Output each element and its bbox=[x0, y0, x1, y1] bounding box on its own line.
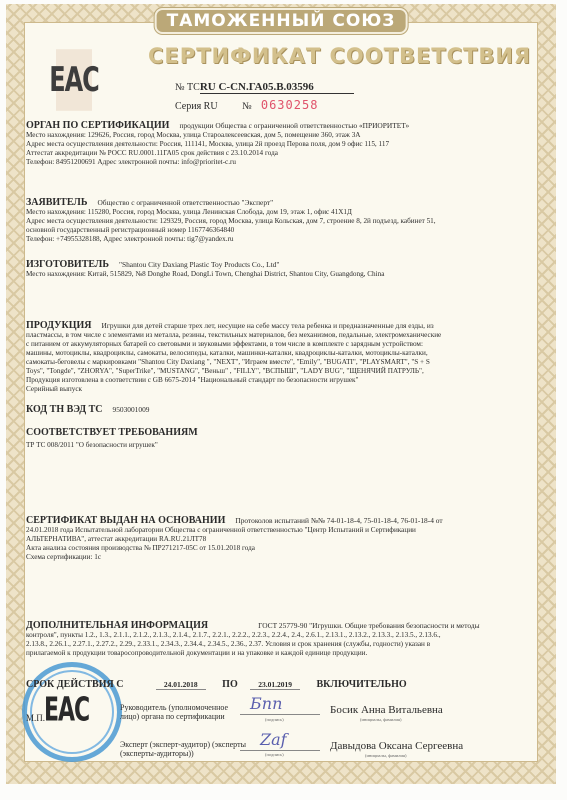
series-no-label: № bbox=[242, 101, 253, 112]
section-basis: СЕРТИФИКАТ ВЫДАН НА ОСНОВАНИИПротоколов … bbox=[26, 516, 526, 562]
section-hs-code: КОД ТН ВЭД ТС9503001009 bbox=[26, 405, 526, 415]
head-name-caption: (инициалы, фамилия) bbox=[360, 717, 402, 722]
section-manufacturer: ИЗГОТОВИТЕЛЬ"Shantou City Daxiang Plasti… bbox=[26, 260, 526, 279]
section-heading: СООТВЕТСТВУЕТ ТРЕБОВАНИЯМ bbox=[26, 428, 516, 437]
text-line: 24.01.2018 года Испытательной лаборатори… bbox=[26, 526, 526, 535]
additional-gost: ГОСТ 25779-90 "Игрушки. Общие требования… bbox=[258, 621, 479, 630]
expert-name-caption: (инициалы, фамилия) bbox=[365, 753, 407, 758]
text-line: Серийный выпуск bbox=[26, 385, 526, 394]
expert-signature: Zaf bbox=[260, 730, 287, 749]
expert-role-label: Эксперт (эксперт-аудитор) (эксперты (экс… bbox=[120, 740, 250, 758]
validity-date-from: 24.01.2018 bbox=[156, 680, 206, 690]
head-signature-caption: (подпись) bbox=[265, 717, 284, 722]
section-heading: ПРОДУКЦИЯ bbox=[26, 320, 91, 331]
expert-signature-line bbox=[240, 750, 320, 751]
stamp-eac-logo-icon: EAC bbox=[44, 692, 89, 730]
text-line: Место нахождения: 115280, Россия, город … bbox=[26, 208, 526, 217]
section-additional-info: ДОПОЛНИТЕЛЬНАЯ ИНФОРМАЦИЯГОСТ 25779-90 "… bbox=[26, 621, 526, 658]
section-compliance: СООТВЕТСТВУЕТ ТРЕБОВАНИЯМ ТР ТС 008/2011… bbox=[26, 428, 526, 450]
text-line: Телефон: +74955328188, Адрес электронной… bbox=[26, 235, 526, 244]
head-name: Босик Анна Витальевна bbox=[330, 704, 443, 716]
text-line: Продукция изготовлена в соответствии с G… bbox=[26, 376, 526, 385]
series-number: 0630258 bbox=[261, 98, 319, 112]
certificate-title: СЕРТИФИКАТ СООТВЕТСТВИЯ bbox=[148, 44, 531, 68]
text-line: 2.13.8., 2.26.1., 2.27.1., 2.27.2., 2.29… bbox=[26, 640, 526, 649]
text-line: прилагаемой к продукции товаросопроводит… bbox=[26, 649, 526, 658]
cert-number-prefix: № ТС bbox=[175, 82, 200, 93]
expert-name: Давыдова Оксана Сергеевна bbox=[330, 740, 463, 752]
certificate-series: Серия RU № 0630258 bbox=[175, 98, 318, 112]
section-heading: ИЗГОТОВИТЕЛЬ bbox=[26, 259, 109, 270]
text-line: Адрес места осуществления деятельности: … bbox=[26, 140, 526, 149]
compliance-value: ТР ТС 008/2011 "О безопасности игрушек" bbox=[26, 441, 526, 450]
text-line: с питанием от аккумуляторных батарей со … bbox=[26, 340, 526, 349]
text-line: самокаты-беговелы с маркировками "Shanto… bbox=[26, 358, 526, 367]
text-line: АЛЬТЕРНАТИВА", аттестат аккредитации RA.… bbox=[26, 535, 526, 544]
customs-union-banner: ТАМОЖЕННЫЙ СОЮЗ bbox=[155, 8, 408, 34]
section-certification-body: ОРГАН ПО СЕРТИФИКАЦИИпродукции Общества … bbox=[26, 121, 526, 167]
eac-logo-icon: EAC bbox=[56, 49, 92, 111]
text-line: Toys", "Tongde", "ZHORYA", "SuperTrike",… bbox=[26, 367, 526, 376]
manufacturer-name: "Shantou City Daxiang Plastic Toy Produc… bbox=[119, 260, 279, 269]
text-line: машины, мотоциклы, квадроциклы, самокаты… bbox=[26, 349, 526, 358]
text-line: контроля", пункты 1.2., 1.3., 2.1.1., 2.… bbox=[26, 631, 526, 640]
text-line: Место нахождения: Китай, 515829, №8 Dong… bbox=[26, 270, 526, 279]
validity-date-to: 23.01.2019 bbox=[250, 680, 300, 690]
text-line: Адрес места осуществления деятельности: … bbox=[26, 217, 526, 226]
section-product: ПРОДУКЦИЯИгрушки для детей старше трех л… bbox=[26, 321, 526, 394]
section-heading: ДОПОЛНИТЕЛЬНАЯ ИНФОРМАЦИЯ bbox=[26, 620, 208, 631]
head-signature: Бnn bbox=[250, 694, 282, 713]
hs-code-value: 9503001009 bbox=[113, 405, 150, 414]
product-description: Игрушки для детей старше трех лет, несущ… bbox=[101, 321, 433, 330]
text-line: Схема сертификации: 1с bbox=[26, 553, 526, 562]
text-line: Акта анализа состояния производства № ПР… bbox=[26, 544, 526, 553]
validity-inclusive-label: ВКЛЮЧИТЕЛЬНО bbox=[316, 679, 406, 690]
section-heading: СЕРТИФИКАТ ВЫДАН НА ОСНОВАНИИ bbox=[26, 515, 225, 526]
section-heading: КОД ТН ВЭД ТС bbox=[26, 404, 103, 415]
certificate-number: № ТСRU C-CN.ГА05.В.03596 bbox=[175, 81, 354, 94]
basis-protocols: Протоколов испытаний №№ 74-01-18-4, 75-0… bbox=[235, 516, 442, 525]
text-line: основной государственный регистрационный… bbox=[26, 226, 526, 235]
section-heading: ЗАЯВИТЕЛЬ bbox=[26, 197, 87, 208]
seal-place-label: М.П. bbox=[26, 713, 45, 723]
body-name: продукции Общества с ограниченной ответс… bbox=[179, 121, 409, 130]
validity-from-label: СРОК ДЕЙСТВИЯ С bbox=[26, 679, 123, 690]
validity-period: СРОК ДЕЙСТВИЯ С 24.01.2018 ПО 23.01.2019… bbox=[26, 679, 526, 690]
section-heading: ОРГАН ПО СЕРТИФИКАЦИИ bbox=[26, 120, 169, 131]
text-line: пластмассы, в том числе с элементами из … bbox=[26, 331, 526, 340]
cert-number-value: RU C-CN.ГА05.В.03596 bbox=[200, 81, 314, 93]
head-role-label: Руководитель (уполномоченное лицо) орган… bbox=[120, 703, 230, 721]
expert-signature-caption: (подпись) bbox=[265, 752, 284, 757]
text-line: Место нахождения: 129626, Россия, город … bbox=[26, 131, 526, 140]
section-applicant: ЗАЯВИТЕЛЬОбщество с ограниченной ответст… bbox=[26, 198, 526, 244]
series-label: Серия RU bbox=[175, 101, 218, 112]
text-line: Телефон: 84951200691 Адрес электронной п… bbox=[26, 158, 526, 167]
validity-to-label: ПО bbox=[222, 679, 238, 690]
text-line: Аттестат аккредитации № РОСС RU.0001.11Г… bbox=[26, 149, 526, 158]
applicant-name: Общество с ограниченной ответственностью… bbox=[97, 198, 273, 207]
head-signature-line bbox=[240, 714, 320, 715]
